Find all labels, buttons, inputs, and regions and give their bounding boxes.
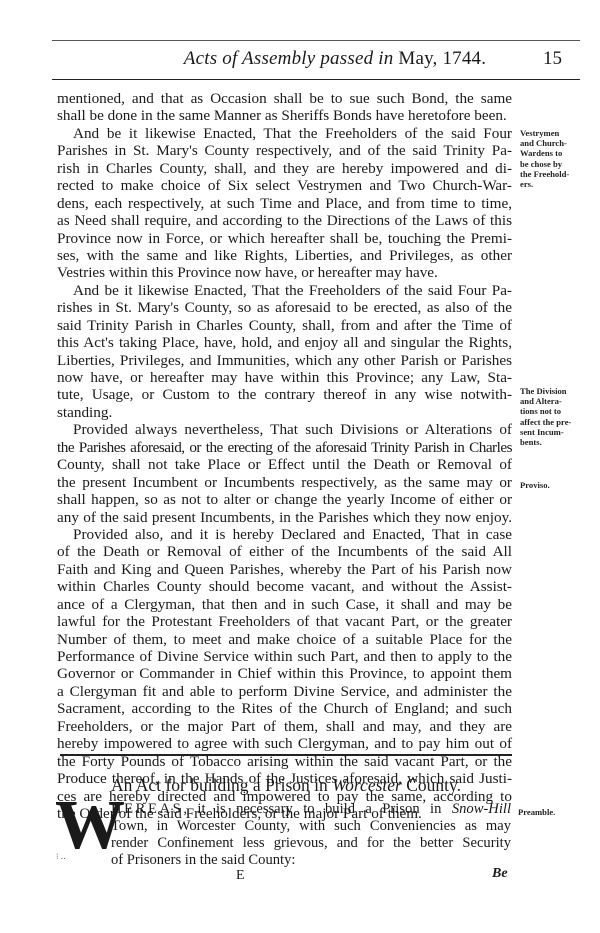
margin-note-vestrymen: Vestrymen and Church- Wardens to be chos… bbox=[520, 128, 598, 189]
text-line: And be it likewise Enacted, That the Fre… bbox=[57, 125, 512, 142]
text-line: Number of them, to meet and make choice … bbox=[57, 631, 512, 648]
margin-note-division: The Division and Altera- tions not to af… bbox=[520, 386, 598, 447]
text-line: shall happen, so as not to alter or chan… bbox=[57, 491, 512, 508]
text-line: dens, each respectively, at such Time an… bbox=[57, 195, 512, 212]
header-top-rule bbox=[52, 40, 580, 41]
text-line: standing. bbox=[57, 404, 512, 421]
preamble-line: HEREAS, it is necessary to build a Priso… bbox=[111, 801, 511, 818]
text-line: any of the said present Incumbents, in t… bbox=[57, 509, 512, 526]
text-line: Performance of Divine Service within suc… bbox=[57, 648, 512, 665]
text-line: Provided also, and it is hereby Declared… bbox=[57, 526, 512, 543]
text-line: Sacrament, according to the Rites of the… bbox=[57, 700, 512, 717]
text-line: ance of a Clergyman, that then and in su… bbox=[57, 596, 512, 613]
catchword: Be bbox=[492, 866, 508, 882]
text-line: within Charles County should become vaca… bbox=[57, 578, 512, 595]
act-title-county: Worcester bbox=[332, 775, 402, 795]
text-line: Vestries within this Province now have, … bbox=[57, 264, 512, 281]
margin-note-preamble: Preamble. bbox=[518, 807, 596, 817]
text-line: the Parishes aforesaid, or the erecting … bbox=[57, 439, 512, 456]
running-head-title: Acts of Assembly passed in bbox=[184, 48, 394, 69]
running-head: Acts of Assembly passed in May, 1744. bbox=[115, 48, 555, 70]
text-line: County, shall not take Place or Effect u… bbox=[57, 456, 512, 473]
preamble-line: of Prisoners in the said County: bbox=[111, 852, 511, 869]
text-line: And be it likewise Enacted, That the Fre… bbox=[57, 282, 512, 299]
text-line: tute, Usage, or Custom to the contrary t… bbox=[57, 386, 512, 403]
text-line: Provided always nevertheless, That such … bbox=[57, 421, 512, 438]
document-page: Acts of Assembly passed in May, 1744. 15… bbox=[0, 0, 600, 933]
text-line: Parishes in St. Mary's County respective… bbox=[57, 142, 512, 159]
text-line: of the Death or Removal of either of the… bbox=[57, 543, 512, 560]
text-line: mentioned, and that as Occasion shall be… bbox=[57, 90, 512, 107]
running-head-date: May, 1744. bbox=[398, 48, 486, 69]
text-line: this Act's taking Place, have, hold, and… bbox=[57, 334, 512, 351]
act-title: An Act for building a Prison in Worceste… bbox=[60, 775, 512, 796]
text-line: Faith and King and Queen Parishes, where… bbox=[57, 561, 512, 578]
signature-mark: E bbox=[236, 868, 245, 884]
text-line: lawful for the Protestant Freeholders of… bbox=[57, 613, 512, 630]
text-line: rected to make choice of Six select Vest… bbox=[57, 177, 512, 194]
margin-note-proviso: Proviso. bbox=[520, 480, 598, 490]
text-line: hereby impowered to agree with such Cler… bbox=[57, 735, 512, 752]
text-line: Governor or Commander in Chief within th… bbox=[57, 665, 512, 682]
text-line: Province now in Force, or which hereafte… bbox=[57, 230, 512, 247]
body-text: mentioned, and that as Occasion shall be… bbox=[57, 90, 512, 822]
text-line: as Need shall require, and according to … bbox=[57, 212, 512, 229]
page-number: 15 bbox=[543, 48, 562, 70]
text-line: a Clergyman fit and able to perform Divi… bbox=[57, 683, 512, 700]
text-line: Freeholders, or the major Part of them, … bbox=[57, 718, 512, 735]
preamble-line: render Confinement less grievous, and fo… bbox=[111, 835, 511, 852]
stray-mark: ⁝ ‥ bbox=[56, 852, 66, 861]
text-line: said Trinity Parish in Charles County, s… bbox=[57, 317, 512, 334]
header-bottom-rule bbox=[52, 79, 580, 80]
text-line: ses, with the same and like Rights, Libe… bbox=[57, 247, 512, 264]
page-header: Acts of Assembly passed in May, 1744. 15 bbox=[55, 48, 600, 74]
text-line: rishes in St. Mary's County, so as afore… bbox=[57, 299, 512, 316]
text-line: the present Incumbent or Incumbents resp… bbox=[57, 474, 512, 491]
section-separator-rule bbox=[60, 754, 512, 756]
text-line: now have, or hereafter may have within t… bbox=[57, 369, 512, 386]
preamble-text: HEREAS, it is necessary to build a Priso… bbox=[111, 801, 511, 869]
text-line: shall be done in the same Manner as Sher… bbox=[57, 107, 512, 124]
preamble-line: Town, in Worcester County, with such Con… bbox=[111, 818, 511, 835]
text-line: Liberties, Privileges, and Immunities, w… bbox=[57, 352, 512, 369]
text-line: rish in Charles County, shall, and they … bbox=[57, 160, 512, 177]
